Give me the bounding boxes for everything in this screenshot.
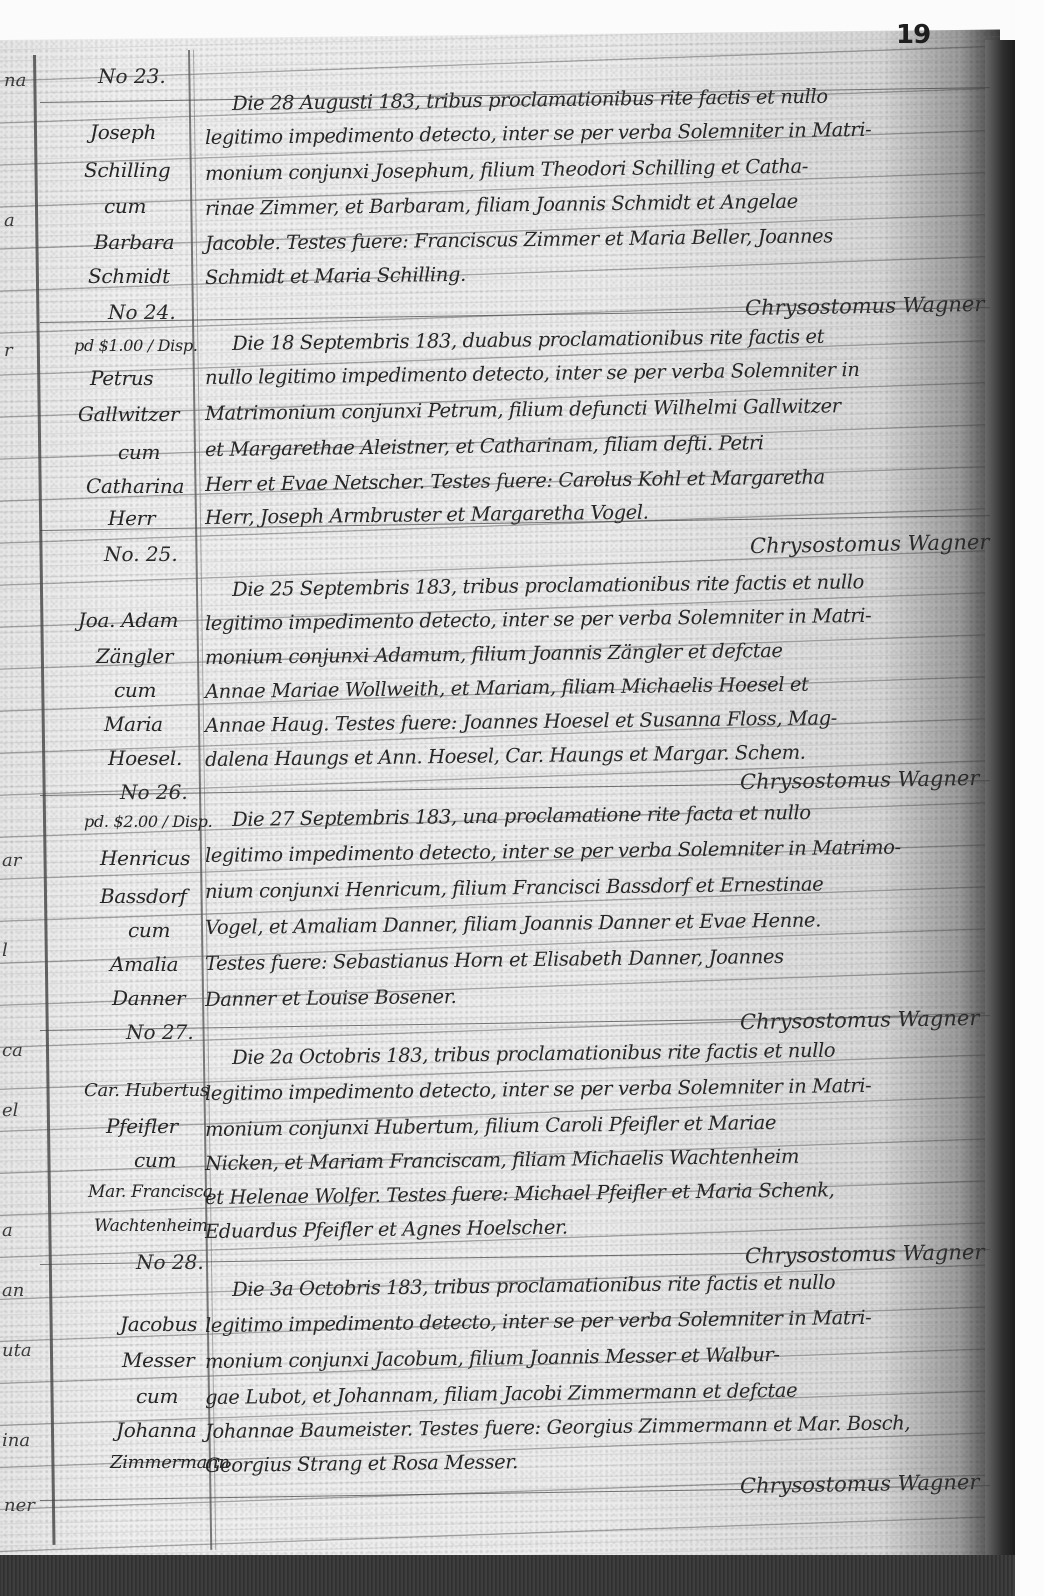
scan-right-margin bbox=[1015, 0, 1044, 1596]
priest-signature: Chrysostomus Wagner bbox=[740, 1006, 980, 1034]
priest-signature: Chrysostomus Wagner bbox=[740, 1470, 980, 1498]
dispensation-note: pd. $2.00 / Disp. bbox=[84, 812, 212, 831]
page-edge-shadow bbox=[985, 40, 1015, 1585]
bride-surname: Danner bbox=[112, 986, 185, 1010]
groom-given-name: Car. Hubertus bbox=[84, 1080, 209, 1101]
prev-page-fragment: l bbox=[2, 940, 8, 961]
entry-number: No. 25. bbox=[104, 542, 178, 566]
prev-page-fragment: r bbox=[4, 340, 13, 361]
groom-given-name: Henricus bbox=[100, 846, 190, 870]
bride-given-name: Barbara bbox=[94, 230, 174, 254]
bride-given-name: Amalia bbox=[110, 952, 178, 976]
bride-surname: Wachtenheim bbox=[94, 1216, 208, 1236]
dispensation-note: pd $1.00 / Disp. bbox=[74, 336, 198, 355]
groom-surname: Zängler bbox=[96, 644, 173, 668]
entry-number: No 23. bbox=[98, 64, 166, 88]
bride-given-name: Johanna bbox=[116, 1418, 196, 1442]
entry-body-line: Danner et Louise Bosener. bbox=[205, 985, 457, 1011]
priest-signature: Chrysostomus Wagner bbox=[745, 292, 985, 320]
cum-label: cum bbox=[134, 1148, 176, 1172]
groom-given-name: Jacobus bbox=[120, 1312, 197, 1336]
prev-page-fragment: a bbox=[4, 210, 15, 231]
entry-body-line: Georgius Strang et Rosa Messer. bbox=[205, 1450, 518, 1477]
groom-surname: Messer bbox=[122, 1348, 194, 1372]
groom-surname: Gallwitzer bbox=[78, 402, 179, 426]
entry-body-line: Eduardus Pfeifler et Agnes Hoelscher. bbox=[205, 1216, 568, 1243]
groom-given-name: Joa. Adam bbox=[78, 608, 178, 632]
bride-surname: Schmidt bbox=[88, 264, 170, 288]
bride-given-name: Mar. Francisca bbox=[88, 1182, 213, 1202]
cum-label: cum bbox=[114, 678, 156, 702]
cum-label: cum bbox=[118, 440, 160, 464]
prev-page-fragment: ar bbox=[2, 850, 21, 871]
prev-page-fragment: el bbox=[2, 1100, 18, 1121]
bride-surname: Herr bbox=[108, 506, 155, 530]
page-number: 19 bbox=[896, 20, 930, 50]
groom-given-name: Petrus bbox=[90, 366, 153, 390]
prev-page-fragment: ina bbox=[2, 1430, 30, 1451]
prev-page-fragment: an bbox=[2, 1280, 24, 1301]
cum-label: cum bbox=[128, 918, 170, 942]
groom-surname: Bassdorf bbox=[100, 884, 187, 908]
cum-label: cum bbox=[104, 194, 146, 218]
groom-given-name: Joseph bbox=[90, 120, 156, 144]
priest-signature: Chrysostomus Wagner bbox=[750, 530, 990, 558]
page-bottom-shadow bbox=[0, 1555, 1015, 1596]
bride-surname: Hoesel. bbox=[108, 746, 182, 770]
groom-surname: Schilling bbox=[84, 158, 170, 182]
cum-label: cum bbox=[136, 1384, 178, 1408]
prev-page-fragment: a bbox=[2, 1220, 13, 1241]
entry-body-line: Schmidt et Maria Schilling. bbox=[205, 263, 466, 289]
prev-page-fragment: na bbox=[4, 70, 26, 91]
priest-signature: Chrysostomus Wagner bbox=[745, 1240, 985, 1268]
entry-number: No 27. bbox=[126, 1020, 194, 1044]
prev-page-fragment: ca bbox=[2, 1040, 23, 1061]
prev-page-fragment: ner bbox=[4, 1495, 35, 1516]
prev-page-fragment: uta bbox=[2, 1340, 32, 1361]
bride-given-name: Catharina bbox=[86, 474, 184, 498]
groom-surname: Pfeifler bbox=[106, 1114, 178, 1138]
bride-given-name: Maria bbox=[104, 712, 163, 736]
